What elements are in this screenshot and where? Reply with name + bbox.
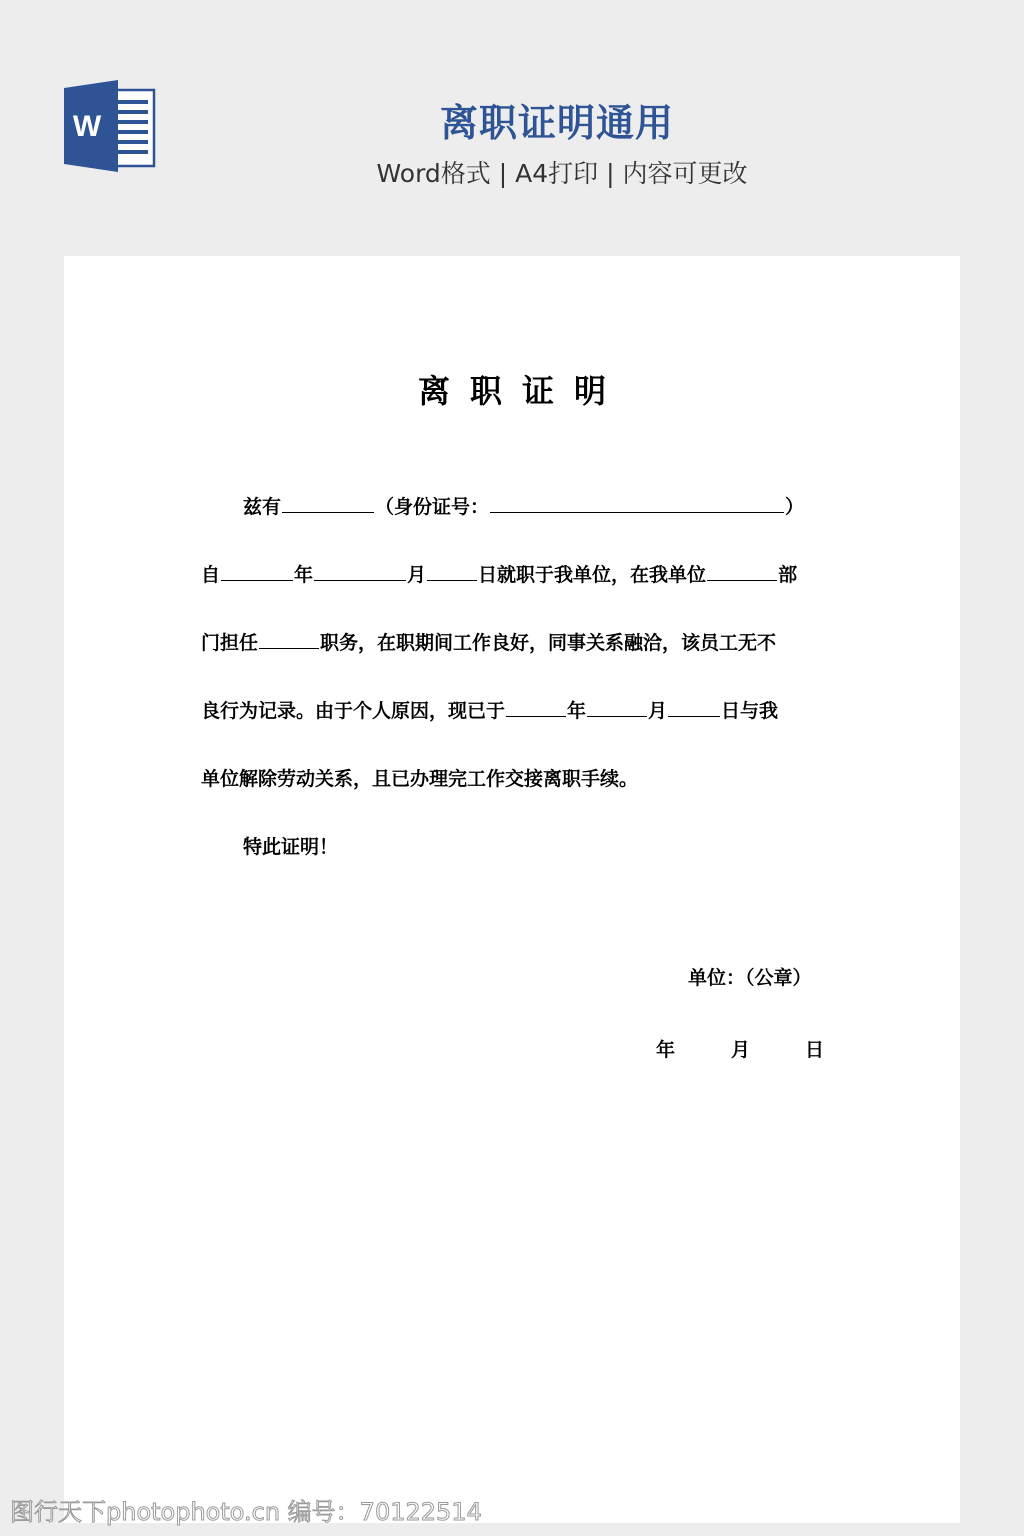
leave-year-blank[interactable] xyxy=(506,698,566,717)
text-segment: 门担任 xyxy=(201,632,258,654)
header-title: 离职证明通用 xyxy=(0,92,1024,147)
position-blank[interactable] xyxy=(259,630,319,649)
paragraph-line-5: 单位解除劳动关系，且已办理完工作交接离职手续。 xyxy=(201,766,638,792)
id-number-blank[interactable] xyxy=(490,494,784,513)
start-month-blank[interactable] xyxy=(314,562,406,581)
paragraph-line-3: 门担任职务，在职期间工作良好，同事关系融洽，该员工无不 xyxy=(201,630,776,656)
text-segment: ） xyxy=(785,496,804,518)
leave-day-blank[interactable] xyxy=(668,698,720,717)
text-segment: 月 xyxy=(407,564,426,586)
text-segment: 部 xyxy=(778,564,797,586)
department-blank[interactable] xyxy=(707,562,777,581)
text-segment: 日与我 xyxy=(721,700,778,722)
signature-year: 年 xyxy=(656,1037,675,1063)
leave-month-blank[interactable] xyxy=(587,698,647,717)
paragraph-line-2: 自年月日就职于我单位，在我单位部 xyxy=(201,562,797,588)
text-segment: 良行为记录。由于个人原因，现已于 xyxy=(201,700,505,722)
name-blank[interactable] xyxy=(282,494,374,513)
document-page xyxy=(64,256,960,1523)
text-segment: （身份证号： xyxy=(375,496,489,518)
document-title: 离职证明 xyxy=(0,366,1024,412)
text-segment: 年 xyxy=(567,700,586,722)
text-segment: 兹有 xyxy=(243,496,281,518)
watermark: 图行天下photophoto.cn 编号：70122514 xyxy=(10,1492,482,1527)
paragraph-line-1: 兹有（身份证号：） xyxy=(243,494,804,520)
text-segment: 职务，在职期间工作良好，同事关系融洽，该员工无不 xyxy=(320,632,776,654)
start-day-blank[interactable] xyxy=(427,562,477,581)
header: W 离职证明通用 Word格式 | A4打印 | 内容可更改 xyxy=(0,0,1024,256)
paragraph-line-4: 良行为记录。由于个人原因，现已于年月日与我 xyxy=(201,698,778,724)
text-segment: 日就职于我单位，在我单位 xyxy=(478,564,706,586)
text-segment: 自 xyxy=(201,564,220,586)
start-year-blank[interactable] xyxy=(221,562,293,581)
signature-month: 月 xyxy=(731,1037,750,1063)
closing-statement: 特此证明！ xyxy=(243,834,338,860)
text-segment: 年 xyxy=(294,564,313,586)
text-segment: 月 xyxy=(648,700,667,722)
signature-unit: 单位：（公章） xyxy=(688,965,812,991)
signature-day: 日 xyxy=(805,1037,824,1063)
header-subtitle: Word格式 | A4打印 | 内容可更改 xyxy=(0,154,1024,190)
